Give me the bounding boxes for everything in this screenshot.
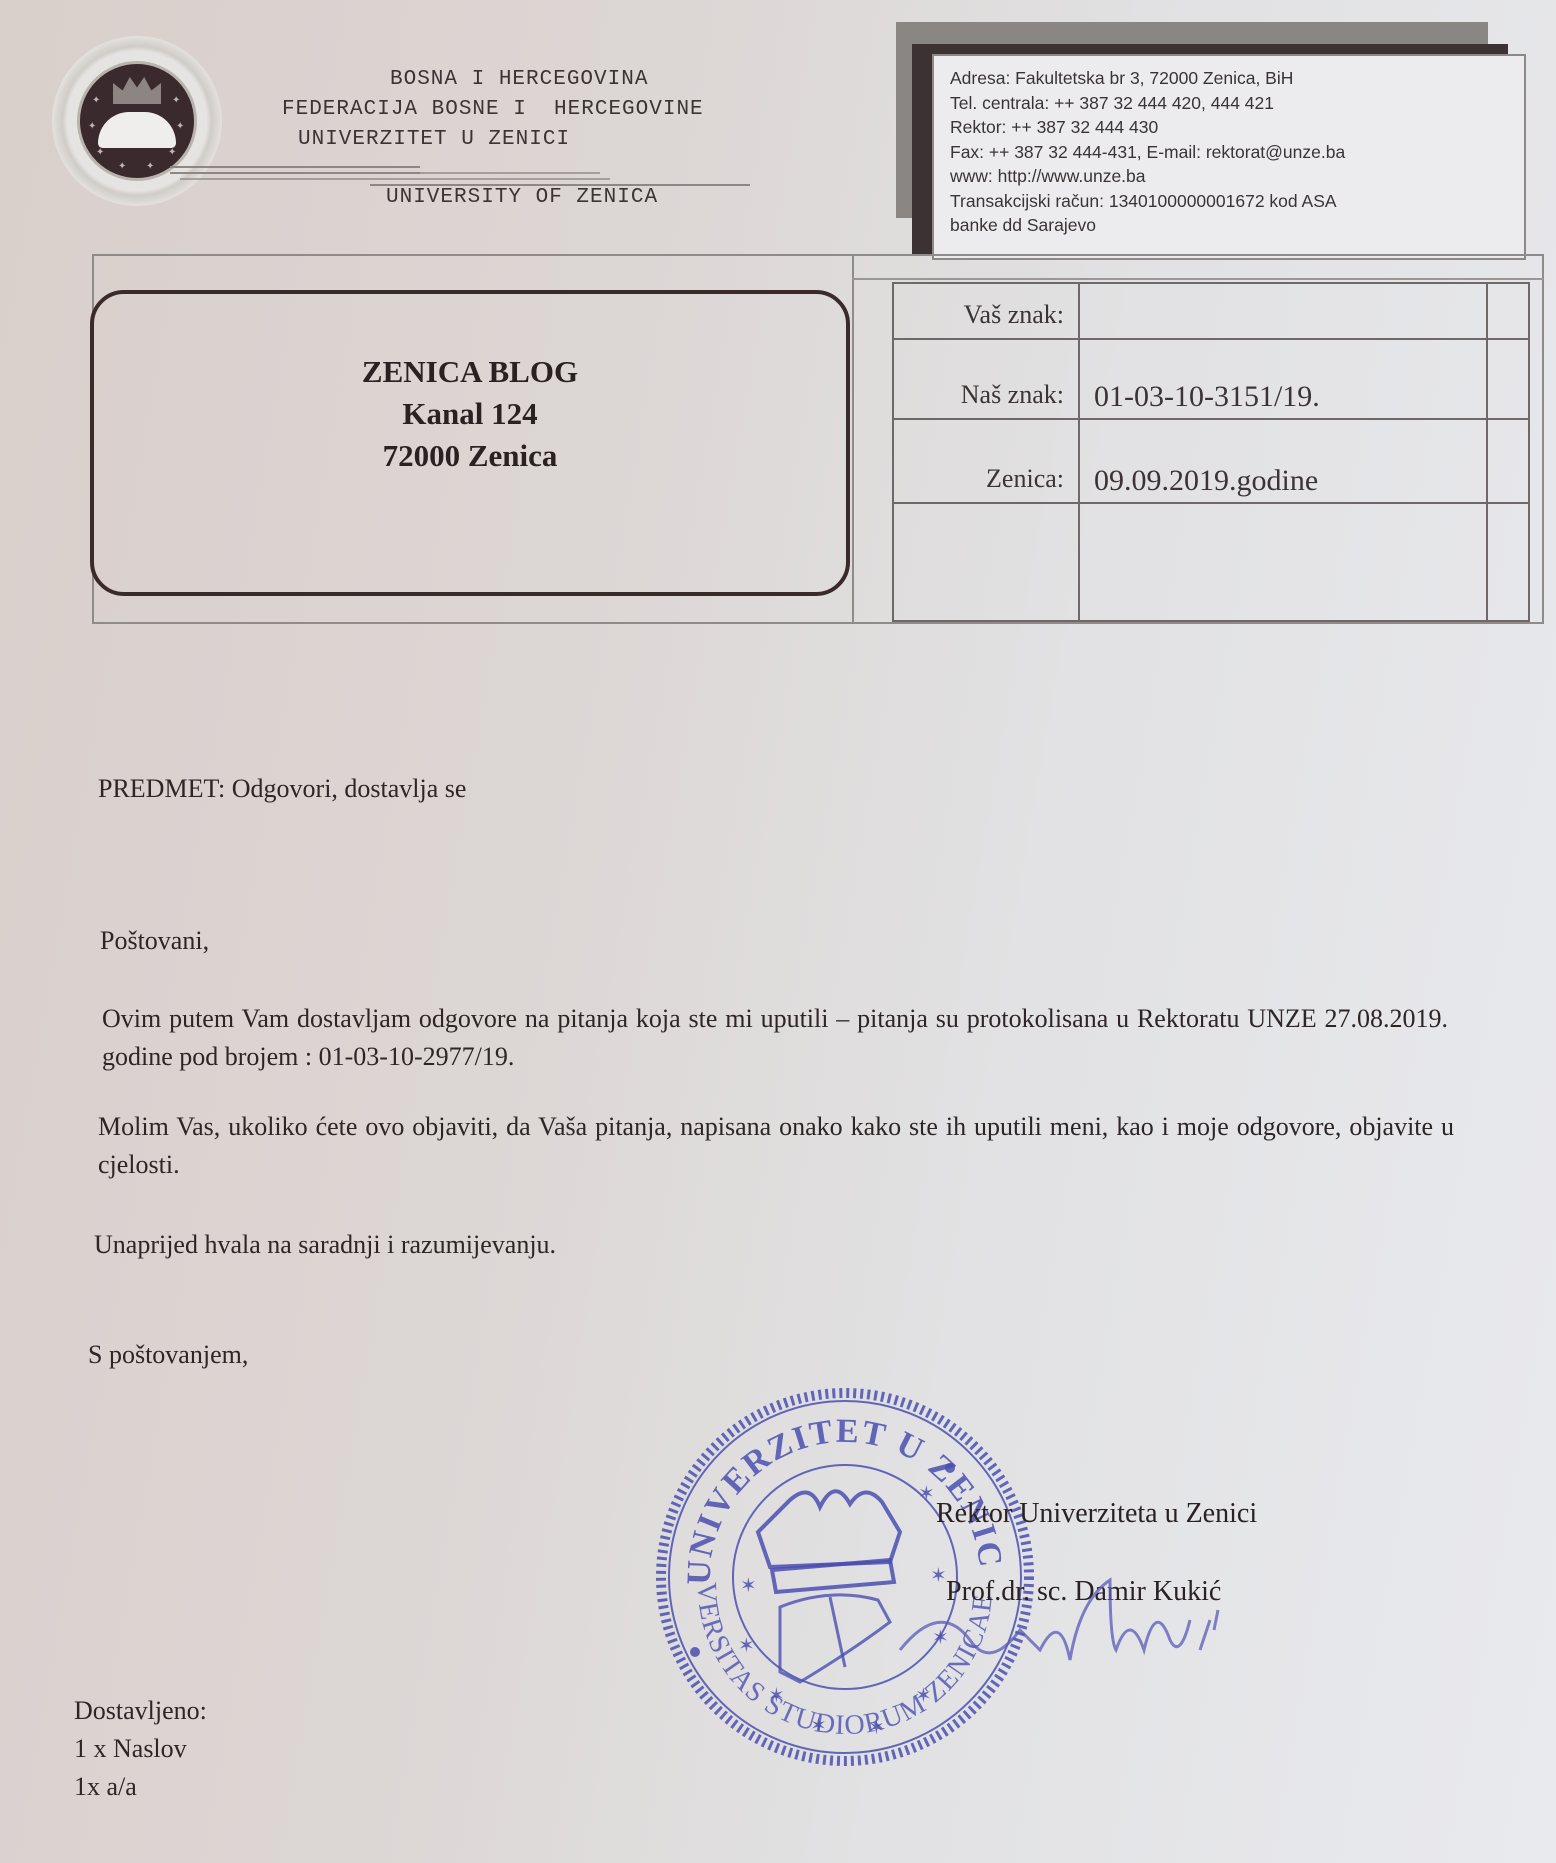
star-icon: ✶ xyxy=(768,1683,785,1707)
handwritten-signature xyxy=(880,1540,1300,1680)
star-icon: ✶ xyxy=(738,1633,755,1657)
reference-label: Vaš znak: xyxy=(893,283,1079,339)
book-icon xyxy=(98,112,176,148)
crown-icon xyxy=(113,74,161,104)
contact-address: Adresa: Fakultetska br 3, 72000 Zenica, … xyxy=(950,66,1508,91)
star-icon: ✦ xyxy=(172,96,180,106)
reference-label: Zenica: xyxy=(893,419,1079,503)
reference-table: Vaš znak: Naš znak: 01-03-10-3151/19. Ze… xyxy=(892,282,1530,622)
letterhead-line: UNIVERZITET U ZENICI xyxy=(298,128,570,151)
recipient-street: Kanal 124 xyxy=(402,393,537,435)
recipient-name: ZENICA BLOG xyxy=(362,351,578,393)
reference-value: 01-03-10-3151/19. xyxy=(1079,339,1487,419)
paragraph: Molim Vas, ukoliko ćete ovo objaviti, da… xyxy=(98,1108,1454,1184)
star-icon: ✦ xyxy=(88,122,96,132)
recipient-address-box: ZENICA BLOG Kanal 124 72000 Zenica xyxy=(90,290,850,596)
star-icon: ✦ xyxy=(176,122,184,132)
star-icon: ✦ xyxy=(92,96,100,106)
contact-phone: Tel. centrala: ++ 387 32 444 420, 444 42… xyxy=(950,91,1508,116)
paragraph: Ovim putem Vam dostavljam odgovore na pi… xyxy=(102,1000,1448,1076)
letterhead-line: BOSNA I HERCEGOVINA xyxy=(390,68,648,91)
frame-topline xyxy=(852,278,1544,280)
stamp-book-icon xyxy=(780,1595,890,1682)
distribution-item: 1 x Naslov xyxy=(74,1730,187,1768)
contact-info-box: Adresa: Fakultetska br 3, 72000 Zenica, … xyxy=(932,54,1526,260)
distribution-item: 1x a/a xyxy=(74,1768,137,1806)
reference-value: 09.09.2019.godine xyxy=(1079,419,1487,503)
reference-row xyxy=(893,503,1529,621)
reference-spacer xyxy=(1487,503,1529,621)
star-icon: ✶ xyxy=(868,1715,885,1739)
recipient-city: 72000 Zenica xyxy=(383,435,558,477)
reference-value xyxy=(1079,283,1487,339)
star-icon: ✦ xyxy=(118,162,126,172)
distribution-heading: Dostavljeno: xyxy=(74,1692,207,1730)
letterhead-line: FEDERACIJA BOSNE I HERCEGOVINE xyxy=(282,98,704,121)
subject-line: PREDMET: Odgovori, dostavlja se xyxy=(98,770,466,808)
signatory-title: Rektor Univerziteta u Zenici xyxy=(936,1498,1257,1530)
salutation: Poštovani, xyxy=(100,922,209,960)
reference-label: Naš znak: xyxy=(893,339,1079,419)
stamp-crown-icon xyxy=(758,1491,900,1592)
contact-website: www: http://www.unze.ba xyxy=(950,164,1508,189)
frame-divider xyxy=(852,254,854,624)
reference-row: Vaš znak: xyxy=(893,283,1529,339)
reference-row: Zenica: 09.09.2019.godine xyxy=(893,419,1529,503)
university-logo: ✦ ✦ ✦ ✦ ✦ ✦ ✦ ✦ xyxy=(52,36,222,206)
reference-value xyxy=(1079,503,1487,621)
reference-spacer xyxy=(1487,339,1529,419)
reference-spacer xyxy=(1487,419,1529,503)
letterhead-rule xyxy=(180,172,600,174)
contact-bank-name: banke dd Sarajevo xyxy=(950,213,1508,238)
star-icon: ✶ xyxy=(915,1683,932,1707)
contact-rector-phone: Rektor: ++ 387 32 444 430 xyxy=(950,115,1508,140)
paragraph: Unaprijed hvala na saradnji i razumijeva… xyxy=(94,1226,556,1264)
reference-label xyxy=(893,503,1079,621)
star-icon: ✦ xyxy=(96,148,104,158)
star-icon: ✶ xyxy=(918,1481,935,1505)
star-icon: ✶ xyxy=(740,1573,757,1597)
university-english-name: UNIVERSITY OF ZENICA xyxy=(386,186,658,209)
letterhead-rule xyxy=(180,178,610,180)
letterhead-rule xyxy=(170,166,420,168)
reference-spacer xyxy=(1487,283,1529,339)
star-icon: ✦ xyxy=(146,162,154,172)
star-icon: ✦ xyxy=(168,148,176,158)
reference-row: Naš znak: 01-03-10-3151/19. xyxy=(893,339,1529,419)
logo-emblem: ✦ ✦ ✦ ✦ ✦ ✦ ✦ ✦ xyxy=(80,64,194,178)
closing: S poštovanjem, xyxy=(88,1336,248,1374)
contact-fax-email: Fax: ++ 387 32 444-431, E-mail: rektorat… xyxy=(950,140,1508,165)
star-icon: ✶ xyxy=(810,1713,827,1737)
contact-bank-account: Transakcijski račun: 1340100000001672 ko… xyxy=(950,189,1508,214)
